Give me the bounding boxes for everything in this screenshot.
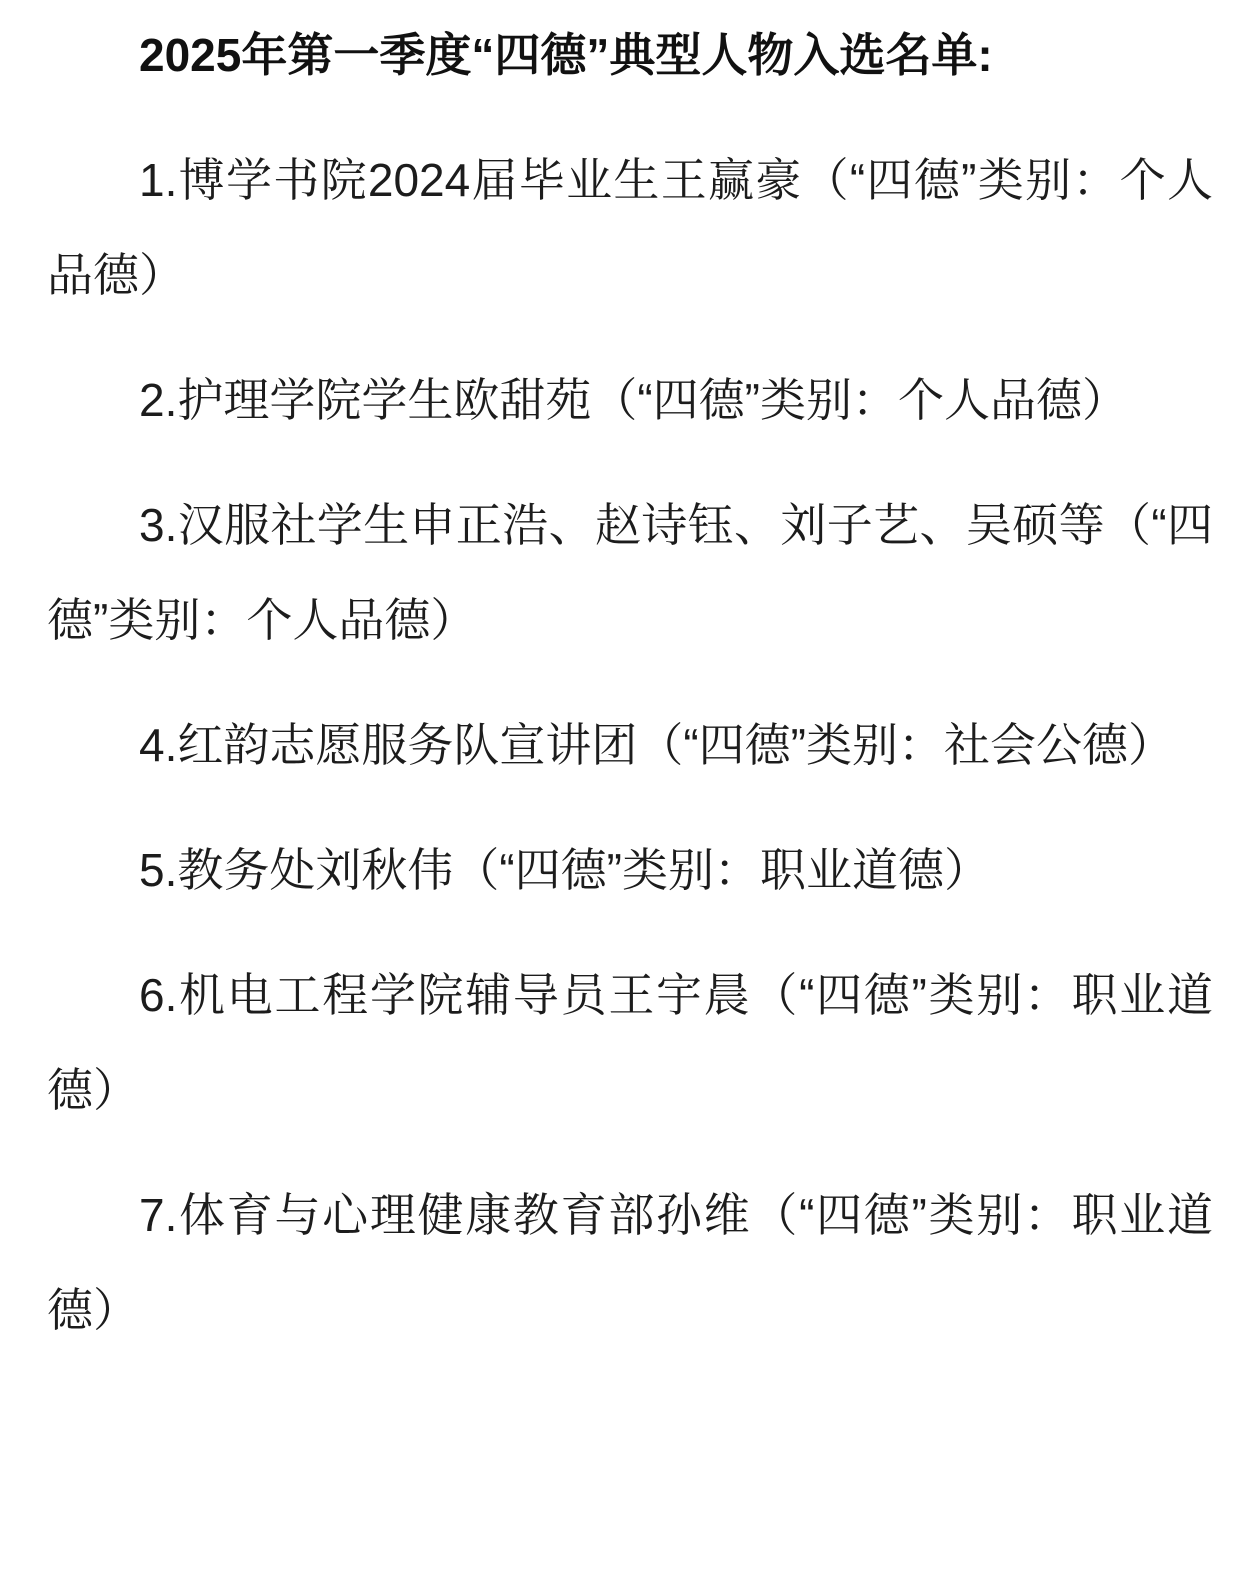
list-item: 3.汉服社学生申正浩、赵诗钰、刘子艺、吴硕等（“四德”类别：个人品德） xyxy=(47,478,1213,668)
list-item: 7.体育与心理健康教育部孙维（“四德”类别：职业道德） xyxy=(47,1168,1213,1358)
page-title: 2025年第一季度“四德”典型人物入选名单: xyxy=(47,8,1213,103)
list-item: 6.机电工程学院辅导员王宇晨（“四德”类别：职业道德） xyxy=(47,948,1213,1138)
list-item: 5.教务处刘秋伟（“四德”类别：职业道德） xyxy=(47,823,1213,918)
list-item: 4.红韵志愿服务队宣讲团（“四德”类别：社会公德） xyxy=(47,698,1213,793)
selected-people-list: 1.博学书院2024届毕业生王赢豪（“四德”类别：个人品德）2.护理学院学生欧甜… xyxy=(47,133,1213,1358)
list-item: 2.护理学院学生欧甜苑（“四德”类别：个人品德） xyxy=(47,353,1213,448)
document-body: 2025年第一季度“四德”典型人物入选名单: 1.博学书院2024届毕业生王赢豪… xyxy=(0,0,1260,1358)
list-item: 1.博学书院2024届毕业生王赢豪（“四德”类别：个人品德） xyxy=(47,133,1213,323)
